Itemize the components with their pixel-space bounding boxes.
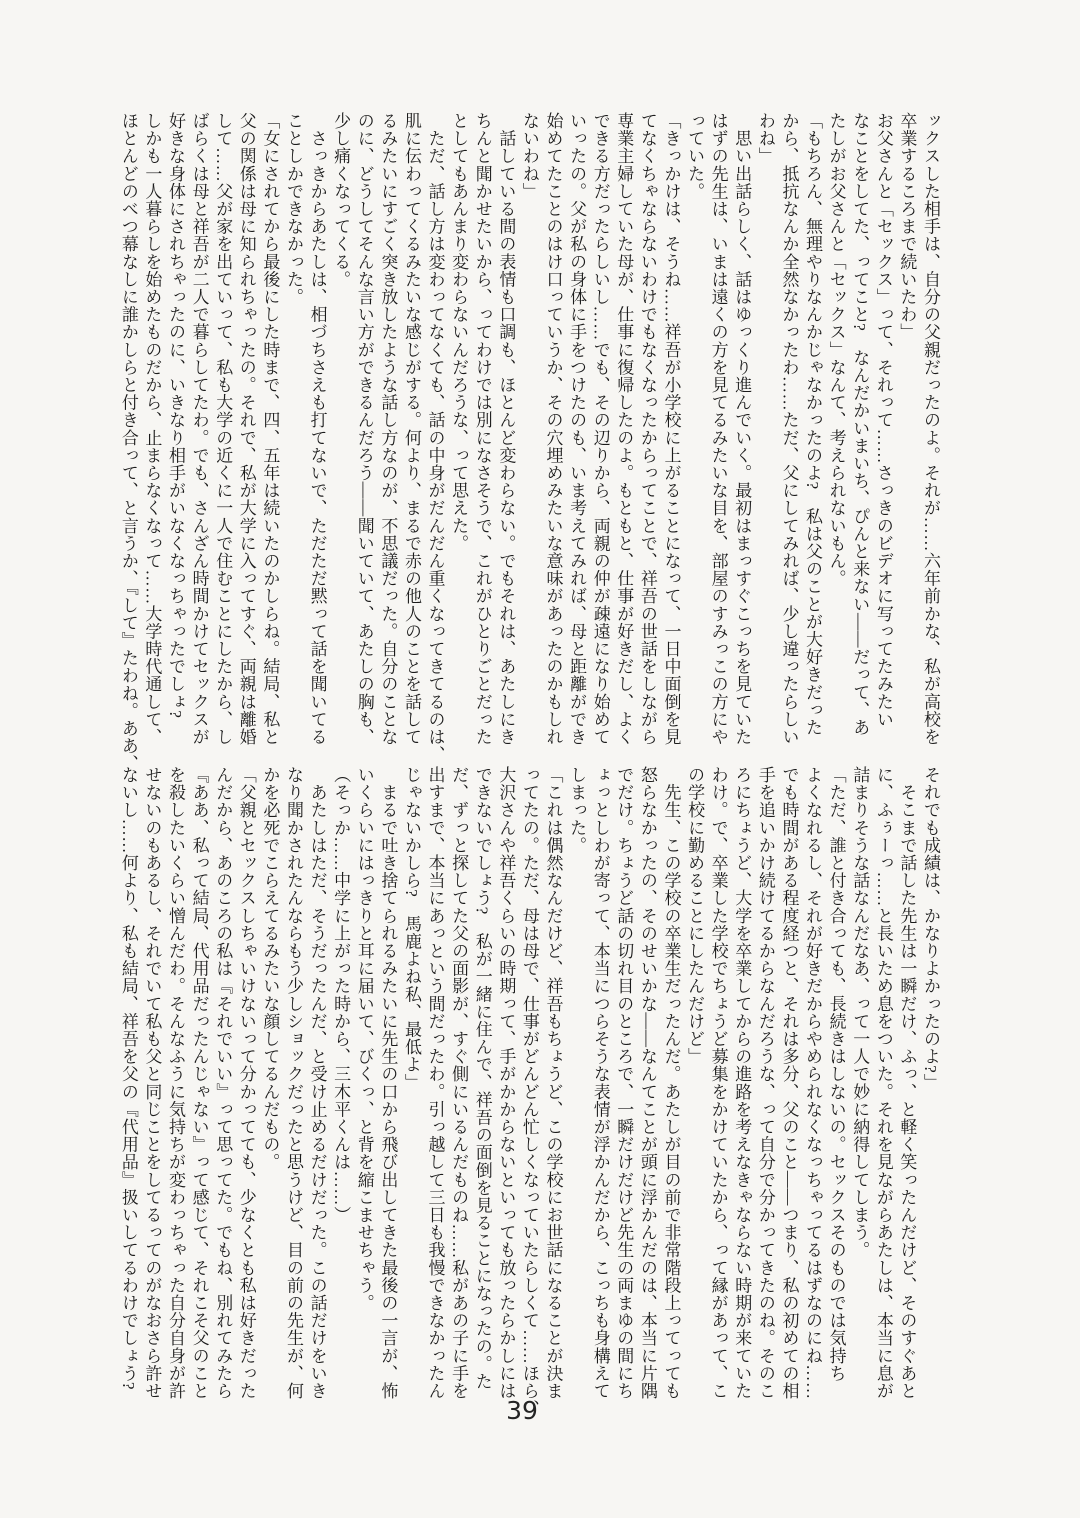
page-number: 39 [0,1396,1044,1425]
top-text-block: ックスした相手は、自分の父親だったのよ。それが……六年前かな、私が高校を 卒業す… [116,112,942,744]
scanned-book-page: ックスした相手は、自分の父親だったのよ。それが……六年前かな、私が高校を 卒業す… [0,0,1080,1518]
bottom-text-block: それでも成績は、かなりよかったのよ?」 そこまで話した先生は一瞬だけ、ふっ、と軽… [116,766,942,1398]
